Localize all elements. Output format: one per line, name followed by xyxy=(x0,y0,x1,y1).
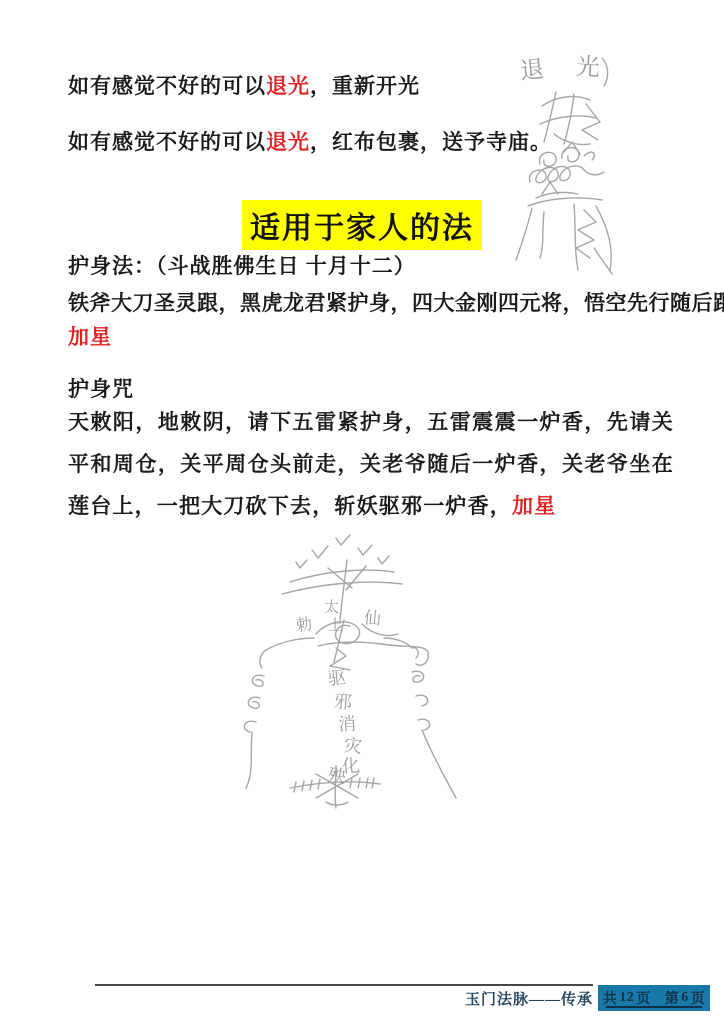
talisman-retreat-light-svg: 退 光 xyxy=(498,48,668,293)
section-title-highlighted: 适用于家人的法 xyxy=(242,200,482,250)
emphasis-red-text: 退光 xyxy=(266,130,310,154)
footer-page-count-badge: 共 12 页 第 6 页 xyxy=(598,985,710,1011)
footer-current-page-number: 6 xyxy=(681,990,689,1006)
paragraph-text: 如有感觉不好的可以 xyxy=(68,130,266,154)
add-star-note-1: 加星 xyxy=(68,321,112,351)
footer-total-label-post: 页 xyxy=(636,988,651,1008)
footer-divider-line xyxy=(95,984,593,986)
talisman-protection-svg: 勅 太 上 仙 驱 邪 消 灾 化 殃 xyxy=(232,526,477,812)
talisman-char-xie: 邪 xyxy=(333,691,352,712)
talisman-caption-tui: 退 xyxy=(519,56,546,85)
footer-total-label-pre: 共 xyxy=(603,988,618,1008)
talisman-caption-guang: 光 xyxy=(575,53,601,82)
talisman-drawing-retreat-light: 退 光 xyxy=(498,48,668,293)
talisman-char-yang: 殃 xyxy=(327,765,348,787)
paragraph-retreat-light-1: 如有感觉不好的可以退光，重新开光 xyxy=(68,70,420,100)
method-line: 护身法：（斗战胜佛生日 十月十二） xyxy=(68,250,416,280)
talisman-char-xiao: 消 xyxy=(337,713,356,734)
add-star-note-2: 加星 xyxy=(512,494,556,518)
talisman-char-zai: 灾 xyxy=(343,735,363,757)
document-page: 如有感觉不好的可以退光，重新开光 如有感觉不好的可以退光，红布包裹，送予寺庙。 … xyxy=(0,0,724,1024)
paragraph-retreat-light-2: 如有感觉不好的可以退光，红布包裹，送予寺庙。 xyxy=(68,126,552,156)
talisman-char-xian: 仙 xyxy=(363,608,382,628)
footer-lineage-title: 玉门法脉——传承 xyxy=(400,988,593,1009)
talisman-char-qu: 驱 xyxy=(327,667,347,689)
paragraph-text: ，重新开光 xyxy=(310,74,420,98)
footer-total-pages: 12 xyxy=(619,990,634,1006)
emphasis-red-text: 退光 xyxy=(266,74,310,98)
footer-badge-underline xyxy=(606,1006,702,1008)
mantra-heading: 护身咒 xyxy=(68,373,134,403)
mantra-body-text: 天敕阳，地敕阴，请下五雷紧护身，五雷震震一炉香，先请关平和周仓，关平周仓头前走，… xyxy=(68,410,674,518)
talisman-char-shang: 上 xyxy=(328,617,343,634)
talisman-char-tai: 太 xyxy=(324,599,339,616)
footer-current-label-pre: 第 xyxy=(665,988,680,1008)
talisman-char-chi: 勅 xyxy=(295,615,313,635)
footer-current-label-post: 页 xyxy=(691,988,706,1008)
talisman-drawing-protection: 勅 太 上 仙 驱 邪 消 灾 化 殃 xyxy=(232,526,477,812)
mantra-paragraph: 天敕阳，地敕阴，请下五雷紧护身，五雷震震一炉香，先请关平和周仓，关平周仓头前走，… xyxy=(68,401,674,527)
paragraph-text: 如有感觉不好的可以 xyxy=(68,74,266,98)
